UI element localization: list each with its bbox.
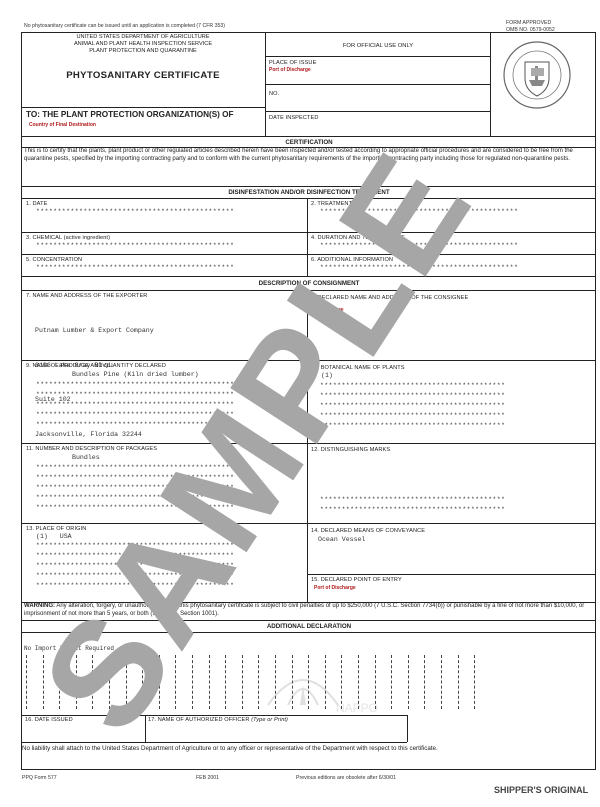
- star-line: ****************************************…: [36, 483, 234, 493]
- agency-line-ppq: PLANT PROTECTION AND QUARANTINE: [22, 48, 264, 55]
- divider: [266, 56, 490, 57]
- declaration-dash: [192, 655, 193, 709]
- liability-text: No liability shall attach to the United …: [22, 745, 438, 752]
- divider: [22, 523, 596, 524]
- star-line: ****************************************…: [36, 493, 234, 503]
- star-line: ****************************************…: [36, 503, 234, 513]
- produce-value[interactable]: Bundles Pine (Kiln dried lumber): [72, 371, 199, 378]
- certification-text: This is to certify that the plants, plan…: [24, 148, 592, 163]
- divider: [22, 107, 266, 108]
- botanical-stars: ****************************************…: [320, 381, 505, 431]
- place-of-issue-value[interactable]: Port of Discharge: [269, 67, 311, 73]
- declaration-dash: [225, 655, 226, 709]
- copy-designation: SHIPPER'S ORIGINAL: [494, 785, 588, 795]
- divider: [22, 290, 596, 291]
- produce-stars: ****************************************…: [36, 380, 234, 430]
- divider: [307, 290, 308, 602]
- certification-heading: CERTIFICATION: [22, 139, 596, 146]
- exporter-city: Jacksonville, Florida 32244: [35, 429, 154, 441]
- origin-value[interactable]: (1) USA: [36, 533, 72, 540]
- botanical-label: 10. BOTANICAL NAME OF PLANTS: [311, 365, 405, 371]
- form-date: FEB 2001: [196, 775, 219, 781]
- declaration-dash: [126, 655, 127, 709]
- form-approved-line: FORM APPROVED: [506, 20, 555, 27]
- origin-label: 13. PLACE OF ORIGIN: [26, 526, 86, 532]
- application-notice: No phytosanitary certificate can be issu…: [24, 23, 225, 29]
- additional-declaration-text[interactable]: No Import Permit Required: [24, 645, 114, 652]
- conveyance-value[interactable]: Ocean Vessel: [318, 536, 365, 543]
- date-issued-label: 16. DATE ISSUED: [25, 717, 73, 723]
- star-line: ****************************************…: [36, 400, 234, 410]
- botanical-value[interactable]: (1): [321, 372, 333, 379]
- usda-seal-icon: [502, 40, 572, 110]
- packages-stars: ****************************************…: [36, 463, 234, 513]
- divider: [307, 198, 308, 276]
- destination-country[interactable]: Country of Final Destination: [29, 122, 96, 128]
- consignee-value[interactable]: Consignee: [318, 307, 344, 313]
- point-of-entry-value[interactable]: Port of Discharge: [314, 585, 356, 591]
- divider: [22, 198, 596, 199]
- point-of-entry-label: 15. DECLARED POINT OF ENTRY: [311, 577, 402, 583]
- star-line: ****************************************…: [36, 561, 234, 571]
- officer-hint: (Type or Print): [251, 717, 288, 723]
- declaration-dash: [209, 655, 210, 709]
- divider: [22, 276, 596, 277]
- agency-line-aphis: ANIMAL AND PLANT HEALTH INSPECTION SERVI…: [22, 41, 264, 48]
- treatment-heading: DISINFESTATION AND/OR DISINFECTION TREAT…: [22, 189, 596, 196]
- concentration-field[interactable]: ****************************************…: [36, 263, 234, 273]
- divider: [22, 136, 596, 137]
- warning-label: WARNING:: [24, 603, 55, 609]
- declaration-dash: [441, 655, 442, 709]
- star-line: ****************************************…: [36, 463, 234, 473]
- star-line: ****************************************…: [320, 411, 505, 421]
- declaration-dash: [474, 655, 475, 709]
- divider: [407, 715, 408, 742]
- divider: [22, 715, 407, 716]
- star-line: ****************************************…: [36, 473, 234, 483]
- to-label: TO: THE PLANT PROTECTION ORGANIZATION(S)…: [26, 110, 234, 119]
- origin-stars: ****************************************…: [36, 541, 234, 591]
- star-line: ****************************************…: [36, 390, 234, 400]
- star-line: ****************************************…: [36, 410, 234, 420]
- marks-stars: ****************************************…: [320, 495, 505, 515]
- star-line: ****************************************…: [320, 381, 505, 391]
- declaration-dash: [59, 655, 60, 709]
- consignee-label: 8. DECLARED NAME AND ADDRESS OF THE CONS…: [311, 295, 468, 301]
- certificate-number-label: NO.: [269, 91, 279, 97]
- packages-label: 11. NUMBER AND DESCRIPTION OF PACKAGES: [26, 446, 157, 452]
- divider: [266, 84, 490, 85]
- divider: [22, 632, 596, 633]
- star-line: ****************************************…: [320, 505, 505, 515]
- star-line: ****************************************…: [36, 581, 234, 591]
- packages-value[interactable]: Bundles: [72, 454, 100, 461]
- divider: [307, 574, 596, 575]
- treatment-field[interactable]: ****************************************…: [320, 207, 518, 217]
- agency-line-usda: UNITED STATES DEPARTMENT OF AGRICULTURE: [22, 34, 264, 41]
- star-line: ****************************************…: [320, 495, 505, 505]
- star-line: ****************************************…: [36, 571, 234, 581]
- declaration-dash: [26, 655, 27, 709]
- divider: [22, 254, 596, 255]
- produce-label: 9. NAME OF PRODUCE AND QUANTITY DECLARED: [26, 363, 166, 369]
- exporter-label: 7. NAME AND ADDRESS OF THE EXPORTER: [26, 293, 147, 299]
- place-of-issue-label: PLACE OF ISSUE: [269, 60, 316, 66]
- divider: [266, 111, 490, 112]
- declaration-dash: [175, 655, 176, 709]
- divider: [22, 742, 407, 743]
- divider: [22, 620, 596, 621]
- exporter-name: Putnam Lumber & Export Company: [35, 325, 154, 337]
- date-field[interactable]: ****************************************…: [36, 207, 234, 217]
- divider: [490, 33, 491, 136]
- nappo-watermark: NAPPO: [248, 655, 388, 715]
- declaration-dash: [43, 655, 44, 709]
- star-line: ****************************************…: [320, 401, 505, 411]
- declaration-dash: [242, 655, 243, 709]
- declaration-dash: [424, 655, 425, 709]
- star-line: ****************************************…: [36, 380, 234, 390]
- date-inspected-label: DATE INSPECTED: [269, 115, 318, 121]
- divider: [145, 715, 146, 742]
- divider: [22, 186, 596, 187]
- declaration-dash: [408, 655, 409, 709]
- divider: [22, 232, 596, 233]
- marks-label: 12. DISTINGUISHING MARKS: [311, 447, 390, 453]
- declaration-dash: [76, 655, 77, 709]
- star-line: ****************************************…: [320, 391, 505, 401]
- additional-info-field[interactable]: ****************************************…: [320, 263, 518, 273]
- declaration-dash: [92, 655, 93, 709]
- form-number: PPQ Form 577: [22, 775, 57, 781]
- chemical-field[interactable]: ****************************************…: [36, 241, 234, 251]
- divider: [22, 443, 596, 444]
- warning-body: Any alteration, forgery, or unauthorized…: [24, 603, 584, 617]
- declaration-dash: [458, 655, 459, 709]
- nappo-text: NAPPO: [336, 701, 378, 715]
- additional-declaration-heading: ADDITIONAL DECLARATION: [22, 623, 596, 630]
- star-line: ****************************************…: [36, 541, 234, 551]
- officer-label-text: 17. NAME OF AUTHORIZED OFFICER: [148, 717, 250, 723]
- star-line: ****************************************…: [320, 421, 505, 431]
- star-line: ****************************************…: [36, 551, 234, 561]
- duration-field[interactable]: ****************************************…: [320, 241, 518, 251]
- divider: [22, 360, 596, 361]
- conveyance-label: 14. DECLARED MEANS OF CONVEYANCE: [311, 528, 425, 534]
- previous-editions: Previous editions are obsolete after 6/3…: [296, 775, 396, 781]
- declaration-dash: [391, 655, 392, 709]
- description-heading: DESCRIPTION OF CONSIGNMENT: [22, 280, 596, 287]
- agency-block: UNITED STATES DEPARTMENT OF AGRICULTURE …: [22, 34, 264, 55]
- star-line: ****************************************…: [36, 420, 234, 430]
- declaration-dash: [109, 655, 110, 709]
- official-use-label: FOR OFFICIAL USE ONLY: [266, 43, 490, 49]
- officer-label: 17. NAME OF AUTHORIZED OFFICER (Type or …: [148, 717, 288, 723]
- declaration-dash: [142, 655, 143, 709]
- warning-text: WARNING: Any alteration, forgery, or una…: [24, 603, 589, 618]
- page-title: PHYTOSANITARY CERTIFICATE: [22, 70, 264, 81]
- declaration-dash: [159, 655, 160, 709]
